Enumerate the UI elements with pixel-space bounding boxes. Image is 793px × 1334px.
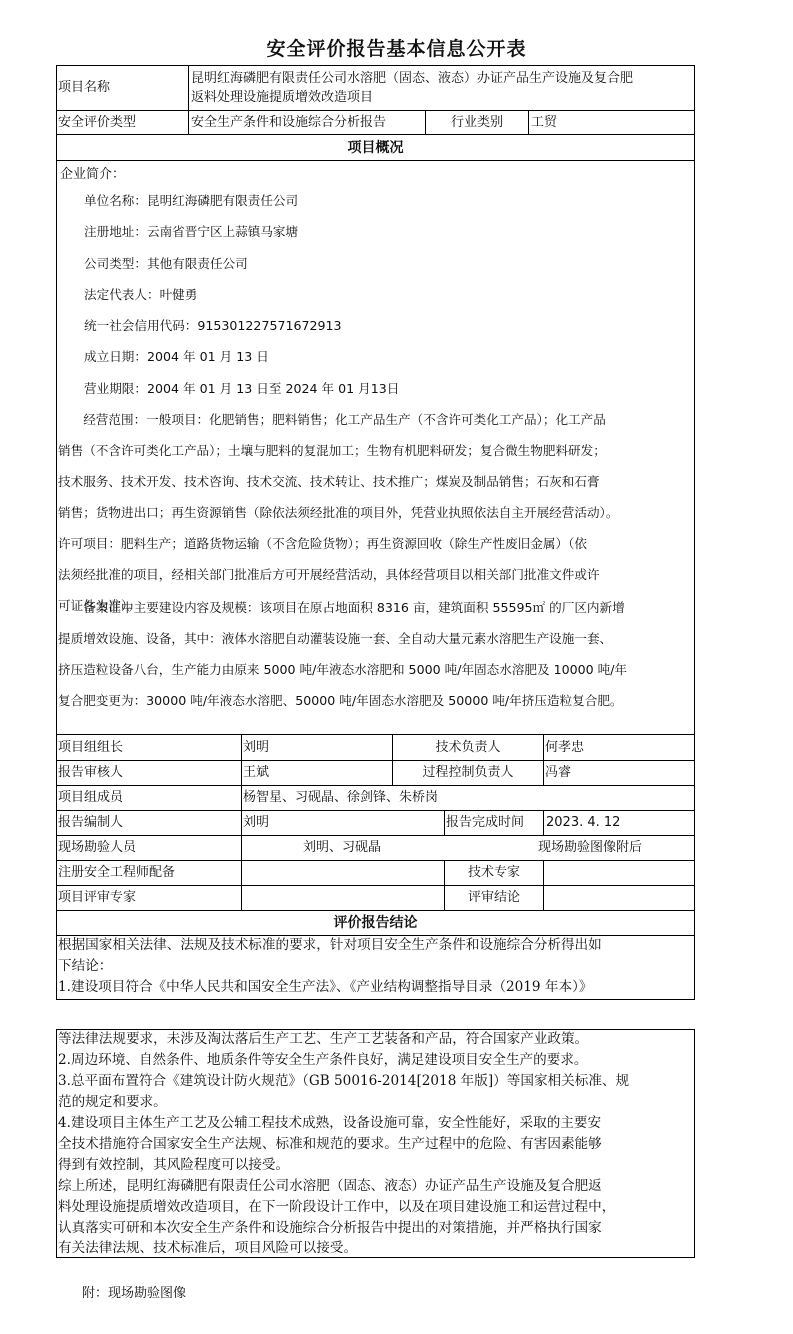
author-label: 报告编制人 xyxy=(58,814,123,832)
survey-value: 刘明、习砚晶 xyxy=(242,839,442,857)
filing-line: 复合肥变更为：30000 吨/年液态水溶肥、50000 吨/年固态水溶肥及 50… xyxy=(58,685,623,716)
overview-heading: 项目概况 xyxy=(56,139,695,157)
conclusion-line: 下结论： xyxy=(58,956,112,977)
review-expert-label: 项目评审专家 xyxy=(58,889,136,907)
conclusion-line: 根据国家相关法律、法规及技术标准的要求，针对项目安全生产条件和设施综合分析得出如 xyxy=(58,935,602,956)
survey-note: 现场勘验图像附后 xyxy=(490,839,690,857)
industry-value: 工贸 xyxy=(531,114,557,132)
project-name-line1: 昆明红海磷肥有限责任公司水溶肥（固态、液态）办证产品生产设施及复合肥 xyxy=(191,70,633,88)
business-term: 营业期限：2004 年 01 月 13 日至 2024 年 01 月13日 xyxy=(84,373,399,404)
registered-address: 注册地址：云南省晋宁区上蒜镇马家塘 xyxy=(84,216,298,247)
conclusion-line: 等法律法规要求，未涉及淘汰落后生产工艺、生产工艺装备和产品，符合国家产业政策。 xyxy=(58,1029,588,1050)
eval-type-value: 安全生产条件和设施综合分析报告 xyxy=(191,114,386,132)
completed-value: 2023. 4. 12 xyxy=(546,814,620,832)
process-control-value: 冯睿 xyxy=(545,764,571,782)
page-title: 安全评价报告基本信息公开表 xyxy=(0,34,793,61)
tech-lead-value: 何孝忠 xyxy=(545,739,584,757)
members-value: 杨智星、习砚晶、徐剑锋、朱桥岗 xyxy=(243,789,438,807)
conclusion-line: 料处理设施提质增效改造项目，在下一阶段设计工作中，以及在项目建设施工和运营过程中… xyxy=(58,1197,615,1218)
survey-label: 现场勘验人员 xyxy=(58,839,136,857)
scope-line: 销售；货物进出口；再生资源销售（除依法须经批准的项目外，凭营业执照依法自主开展经… xyxy=(58,497,618,528)
industry-label: 行业类别 xyxy=(426,114,528,132)
review-conclusion-label: 评审结论 xyxy=(445,889,543,907)
conclusion-line: 4.建设项目主体生产工艺及公辅工程技术成熟，设备设施可靠，安全性能好，采取的主要… xyxy=(58,1113,601,1134)
author-value: 刘明 xyxy=(243,814,269,832)
tech-lead-label: 技术负责人 xyxy=(393,739,543,757)
scope-line: 许可项目：肥料生产；道路货物运输（不含危险货物）；再生资源回收（除生产性废旧金属… xyxy=(58,528,587,559)
established-date: 成立日期：2004 年 01 月 13 日 xyxy=(84,341,269,372)
conclusion-heading: 评价报告结论 xyxy=(56,914,695,932)
leader-value: 刘明 xyxy=(243,739,269,757)
legal-representative: 法定代表人：叶健勇 xyxy=(84,279,197,310)
reviewer-value: 王斌 xyxy=(243,764,269,782)
project-name-label: 项目名称 xyxy=(58,79,110,97)
conclusion-line: 2.周边环境、自然条件、地质条件等安全生产条件良好，满足建设项目安全生产的要求。 xyxy=(58,1050,588,1071)
leader-label: 项目组组长 xyxy=(58,739,123,757)
reviewer-label: 报告审核人 xyxy=(58,764,123,782)
engineer-label: 注册安全工程师配备 xyxy=(58,864,175,882)
credit-code: 统一社会信用代码：915301227571672913 xyxy=(84,310,342,341)
filing-line: 挤压造粒设备八台，生产能力由原来 5000 吨/年液态水溶肥和 5000 吨/年… xyxy=(58,654,627,685)
attachment-note: 附：现场勘验图像 xyxy=(82,1282,186,1301)
conclusion-line: 有关法律法规、技术标准后，项目风险可以接受。 xyxy=(58,1238,357,1259)
project-name-line2: 返料处理设施提质增效改造项目 xyxy=(191,89,373,107)
scope-line: 销售（不含许可类化工产品）；土壤与肥料的复混加工；生物有机肥料研发；复合微生物肥… xyxy=(58,435,606,466)
members-label: 项目组成员 xyxy=(58,789,123,807)
scope-line: 技术服务、技术开发、技术咨询、技术交流、技术转让、技术推广；煤炭及制品销售；石灰… xyxy=(58,466,600,497)
scope-line: 经营范围：一般项目：化肥销售；肥料销售；化工产品生产（不含许可类化工产品）；化工… xyxy=(58,404,606,435)
filing-line: 备案证中主要建设内容及规模：该项目在原占地面积 8316 亩，建筑面积 5559… xyxy=(58,592,625,623)
company-type: 公司类型：其他有限责任公司 xyxy=(84,248,248,279)
conclusion-line: 认真落实可研和本次安全生产条件和设施综合分析报告中提出的对策措施，并严格执行国家 xyxy=(58,1218,602,1239)
conclusion-line: 1.建设项目符合《中华人民共和国安全生产法》、《产业结构调整指导目录（2019 … xyxy=(58,977,592,998)
conclusion-line: 3.总平面布置符合《建筑设计防火规范》（GB 50016-2014[2018 年… xyxy=(58,1071,629,1092)
conclusion-line: 综上所述，昆明红海磷肥有限责任公司水溶肥（固态、液态）办证产品生产设施及复合肥返 xyxy=(58,1176,602,1197)
conclusion-line: 得到有效控制，其风险程度可以接受。 xyxy=(58,1155,289,1176)
intro-label: 企业简介： xyxy=(60,166,125,184)
filing-line: 提质增效设施、设备，其中：液体水溶肥自动灌装设施一套、全自动大量元素水溶肥生产设… xyxy=(58,623,612,654)
conclusion-line: 全技术措施符合国家安全生产法规、标准和规范的要求。生产过程中的危险、有害因素能够 xyxy=(58,1134,602,1155)
completed-label: 报告完成时间 xyxy=(446,814,524,832)
process-control-label: 过程控制负责人 xyxy=(393,764,543,782)
company-name: 单位名称：昆明红海磷肥有限责任公司 xyxy=(84,185,298,216)
scope-line: 法须经批准的项目，经相关部门批准后方可开展经营活动，具体经营项目以相关部门批准文… xyxy=(58,559,600,590)
expert-label: 技术专家 xyxy=(445,864,543,882)
conclusion-line: 范的规定和要求。 xyxy=(58,1092,167,1113)
eval-type-label: 安全评价类型 xyxy=(58,114,136,132)
